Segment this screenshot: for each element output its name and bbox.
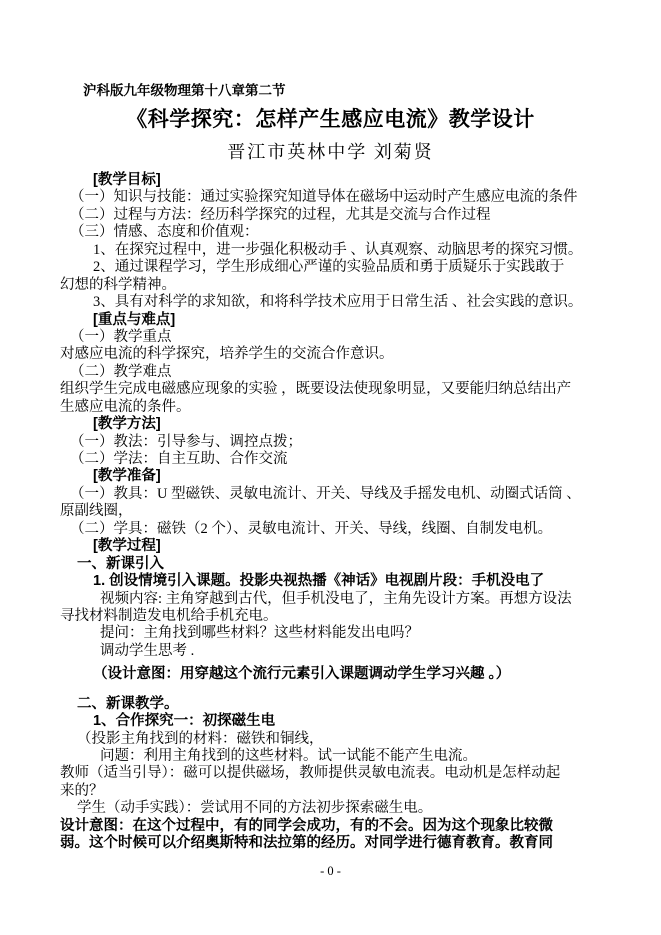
text-line: 1. 创设情境引入课题。投影央视热播《神话》电视剧片段：手机没电了 [60,573,605,590]
text-line: [教学方法] [60,416,605,433]
text-line: （二）教学难点 [60,364,605,381]
text-line: （二）学法：自主互助、合作交流 [60,451,605,468]
text-line: 对感应电流的科学探究，培养学生的交流合作意识。 [60,346,605,363]
text-line: （二）学具：磁铁（2 个）、灵敏电流计、开关、导线，线圈、自制发电机。 [60,521,605,538]
text-line: 生感应电流的条件。 [60,399,605,416]
text-line: 弱。这个时候可以介绍奥斯特和法拉第的经历。对同学进行德育教育。教育同 [60,835,605,852]
text-line: （一）知识与技能：通过实验探究知道导体在磁场中运动时产生感应电流的条件 [60,189,605,206]
text-line: 调动学生思考 . [60,643,605,660]
text-line: 问题：利用主角找到的这些材料。试一试能不能产生电流。 [60,748,605,765]
text-line: （一）教具：U 型磁铁、灵敏电流计、开关、导线及手摇发电机、动圈式话筒 、 [60,486,605,503]
text-line: 视频内容: 主角穿越到古代，但手机没电了，主角先设计方案。再想方设法 [60,591,605,608]
text-line: [重点与难点] [60,312,605,329]
text-line: （三）情感、态度和价值观： [60,224,605,241]
text-line: 1、合作探究一：初探磁生电 [60,713,605,730]
text-line: 2、通过课程学习，学生形成细心严谨的实验品质和勇于质疑乐于实践敢于 [60,259,605,276]
doc-author: 晋江市英林中学 刘菊贤 [0,138,661,164]
text-line: 幻想的科学精神。 [60,277,605,294]
text-line: （设计意图：用穿越这个流行元素引入课题调动学生学习兴趣 。） [60,666,605,683]
text-line: 寻找材料制造发电机给手机充电。 [60,608,605,625]
document-page: 沪科版九年级物理第十八章第二节 《科学探究：怎样产生感应电流》教学设计 晋江市英… [0,0,661,935]
text-line: （一）教法：引导参与、调控点拨； [60,434,605,451]
doc-series-line: 沪科版九年级物理第十八章第二节 [83,79,286,99]
text-line: 学生（动手实践）：尝试用不同的方法初步探索磁生电。 [60,800,605,817]
text-line: 教师（适当引导）：磁可以提供磁场，教师提供灵敏电流表。电动机是怎样动起 [60,765,605,782]
page-number: - 0 - [0,864,661,879]
text-line: [教学目标] [60,172,605,189]
text-line: （一）教学重点 [60,329,605,346]
text-line: [教学准备] [60,468,605,485]
text-line: （二）过程与方法：经历科学探究的过程，尤其是交流与合作过程 [60,207,605,224]
text-line: 3、具有对科学的求知欲，和将科学技术应用于日常生活 、社会实践的意识。 [60,294,605,311]
text-line: 二、新课教学。 [60,696,605,713]
doc-title: 《科学探究：怎样产生感应电流》教学设计 [0,103,661,133]
text-line: [教学过程] [60,538,605,555]
text-line: 设计意图：在这个过程中，有的同学会成功，有的不会。因为这个现象比较微 [60,818,605,835]
text-line: 来的？ [60,783,605,800]
text-line: 原副线圈， [60,503,605,520]
text-line: 1、在探究过程中，进一步强化积极动手 、认真观察、动脑思考的探究习惯。 [60,242,605,259]
text-line: （投影主角找到的材料：磁铁和铜线， [60,731,605,748]
text-line: 组织学生完成电磁感应现象的实验 ，既要设法使现象明显，又要能归纳总结出产 [60,381,605,398]
text-line: 一、新课引入 [60,556,605,573]
doc-body: [教学目标]（一）知识与技能：通过实验探究知道导体在磁场中运动时产生感应电流的条… [60,172,605,853]
text-line: 提问：主角找到哪些材料？这些材料能发出电吗？ [60,625,605,642]
